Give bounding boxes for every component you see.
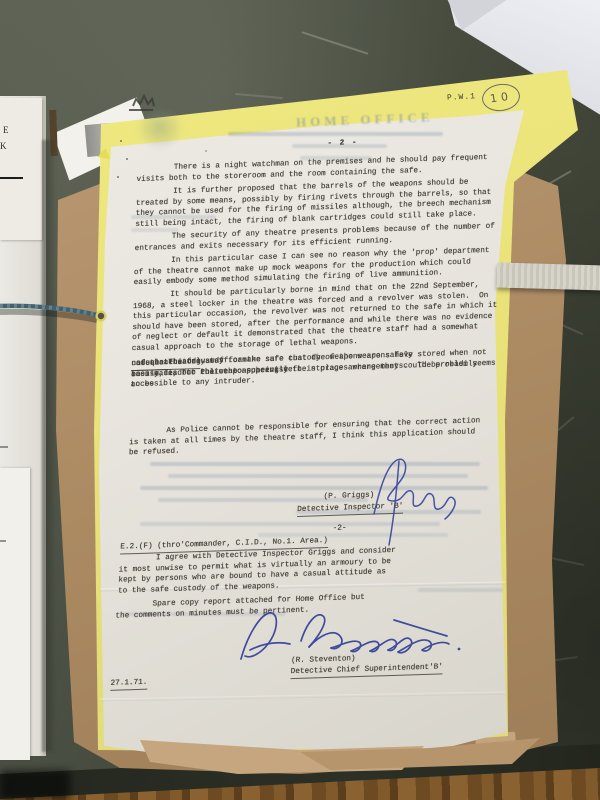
pw1-reference-label: P.W.1 [447, 92, 476, 103]
tape-strip-on-desk [497, 262, 600, 290]
ghost-bleedthrough-line [228, 132, 443, 136]
paper-stack-top-sheet [0, 98, 42, 240]
page-speck [205, 150, 207, 152]
stack-text-fragment: E [3, 125, 9, 135]
photo-of-report-on-desk: E K HOME OFFICE - 2 - There is a night w… [0, 0, 600, 800]
stack-mark [0, 540, 6, 542]
floor-shadow [0, 770, 70, 800]
stack-text-fragment: K [0, 141, 7, 151]
page-speck [117, 176, 119, 178]
page-speck [126, 158, 128, 160]
typed-body: - 2 - There is a night watchman on the p… [121, 152, 519, 724]
page-speck [120, 140, 122, 142]
tear-showing-yellow [97, 147, 111, 159]
stack-rule-line [0, 177, 23, 179]
page-left-shadow [42, 140, 56, 752]
stack-mark [0, 446, 8, 448]
paper-stack-sheet [0, 468, 30, 760]
